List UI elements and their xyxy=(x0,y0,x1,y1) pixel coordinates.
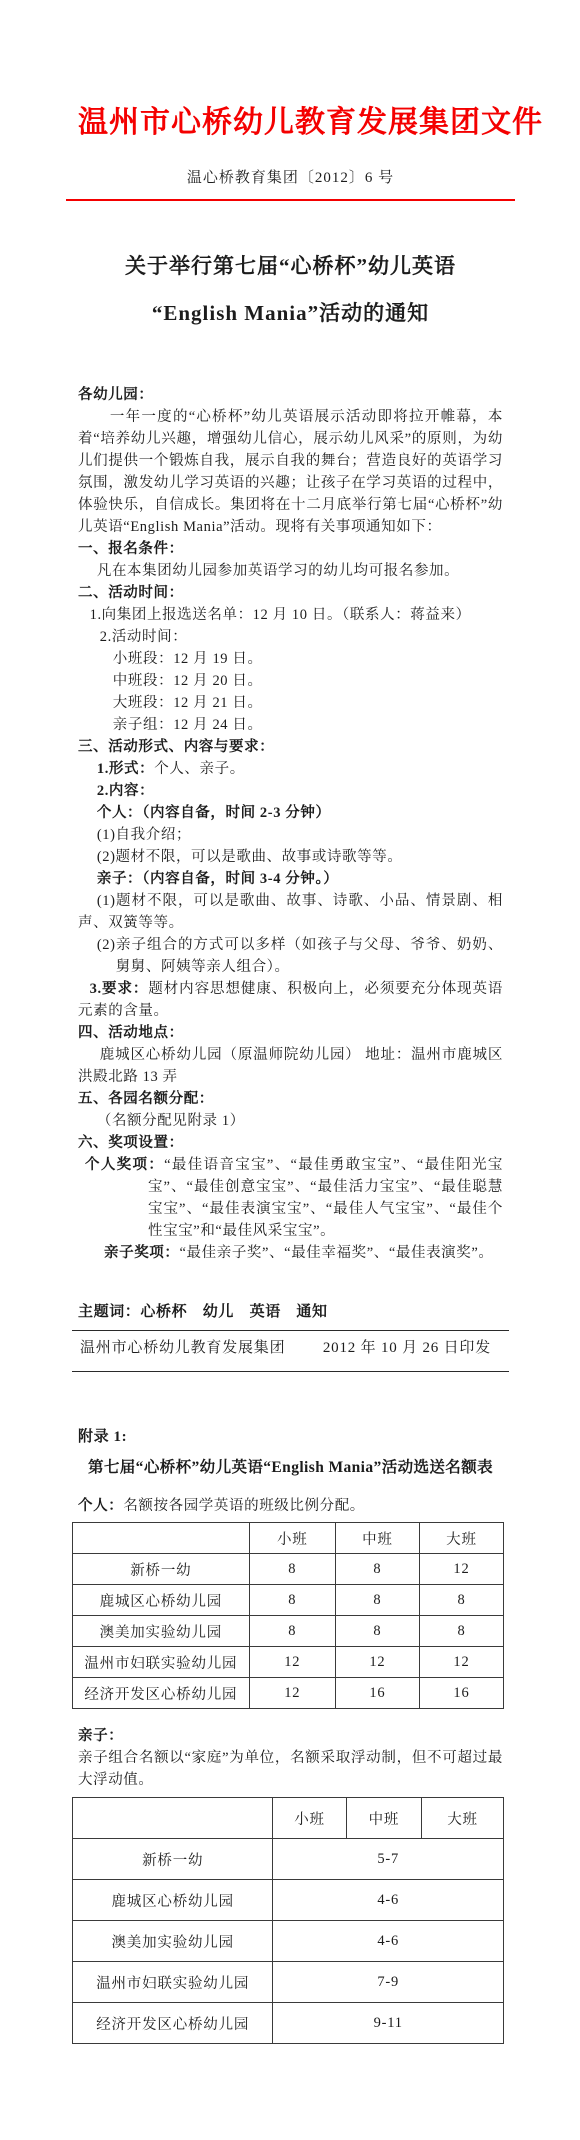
individual-awards-label: 个人奖项： xyxy=(85,1157,164,1173)
quota-cell: 12 xyxy=(419,1554,503,1585)
quota-cell: 8 xyxy=(335,1616,419,1647)
format-item: 1.形式：个人、亲子。 xyxy=(78,758,503,780)
header-cell-big-class: 大班 xyxy=(419,1523,503,1554)
quota-reference-note: （名额分配见附录 1） xyxy=(78,1110,503,1132)
family-quota-note-label-row: 亲子： xyxy=(78,1725,503,1747)
keywords-text: 心桥杯 幼儿 英语 通知 xyxy=(140,1304,327,1320)
requirement-label: 3.要求： xyxy=(90,981,149,997)
table-row: 澳美加实验幼儿园 4-6 xyxy=(73,1921,504,1962)
quota-cell: 12 xyxy=(335,1647,419,1678)
issuer-row: 温州市心桥幼儿教育发展集团 2012 年 10 月 26 日印发 xyxy=(78,1331,503,1365)
family-quota-note: 亲子组合名额以“家庭”为单位，名额采取浮动制，但不可超过最大浮动值。 xyxy=(78,1747,503,1791)
org-title: 温州市心桥幼儿教育发展集团文件 xyxy=(78,103,503,143)
kindergarten-name-cell: 鹿城区心桥幼儿园 xyxy=(73,1880,273,1921)
family-content-label: 亲子：（内容自备，时间 3-4 分钟。） xyxy=(78,868,503,890)
individual-content-item-2: (2)题材不限，可以是歌曲、故事或诗歌等等。 xyxy=(78,846,503,868)
individual-quota-table: 小班 中班 大班 新桥一幼 8 8 12 鹿城区心桥幼儿园 8 8 8 澳美加实… xyxy=(72,1522,504,1709)
kindergarten-name-cell: 澳美加实验幼儿园 xyxy=(73,1921,273,1962)
quota-cell: 8 xyxy=(249,1616,335,1647)
individual-awards: 个人奖项：“最佳语音宝宝”、“最佳勇敢宝宝”、“最佳阳光宝宝”、“最佳创意宝宝”… xyxy=(78,1154,503,1242)
quota-range-cell: 4-6 xyxy=(273,1880,504,1921)
section-2-heading: 二、活动时间： xyxy=(78,582,503,604)
notice-title-line2: “English Mania”活动的通知 xyxy=(78,298,503,328)
quota-range-cell: 5-7 xyxy=(273,1839,504,1880)
family-awards-text: “最佳亲子奖”、“最佳幸福奖”、“最佳表演奖”。 xyxy=(180,1245,494,1261)
quota-range-cell: 4-6 xyxy=(273,1921,504,1962)
schedule-big-class-date: 大班段：12 月 21 日。 xyxy=(78,692,503,714)
family-awards: 亲子奖项：“最佳亲子奖”、“最佳幸福奖”、“最佳表演奖”。 xyxy=(78,1242,503,1264)
section-1-heading: 一、报名条件： xyxy=(78,538,503,560)
header-cell-big-class: 大班 xyxy=(422,1798,504,1839)
family-quota-table: 小班 中班 大班 新桥一幼 5-7 鹿城区心桥幼儿园 4-6 澳美加实验幼儿园 … xyxy=(72,1797,504,2044)
quota-cell: 16 xyxy=(419,1678,503,1709)
header-cell-small-class: 小班 xyxy=(273,1798,346,1839)
table-row: 新桥一幼 5-7 xyxy=(73,1839,504,1880)
header-cell-middle-class: 中班 xyxy=(335,1523,419,1554)
keywords-label: 主题词： xyxy=(78,1304,140,1320)
schedule-middle-class-date: 中班段：12 月 20 日。 xyxy=(78,670,503,692)
table-row: 经济开发区心桥幼儿园 12 16 16 xyxy=(73,1678,504,1709)
quota-cell: 12 xyxy=(419,1647,503,1678)
schedule-item-1: 1.向集团上报选送名单：12 月 10 日。（联系人：蒋益来） xyxy=(78,604,503,626)
quota-range-cell: 9-11 xyxy=(273,2003,504,2044)
header-cell-middle-class: 中班 xyxy=(346,1798,421,1839)
individual-awards-text: “最佳语音宝宝”、“最佳勇敢宝宝”、“最佳阳光宝宝”、“最佳创意宝宝”、“最佳活… xyxy=(148,1157,503,1239)
section-3-heading: 三、活动形式、内容与要求： xyxy=(78,736,503,758)
quota-cell: 12 xyxy=(249,1647,335,1678)
quota-cell: 8 xyxy=(335,1554,419,1585)
keywords-row: 主题词：心桥杯 幼儿 英语 通知 xyxy=(78,1300,503,1324)
content-item-label: 2.内容： xyxy=(78,780,503,802)
table-row: 经济开发区心桥幼儿园 9-11 xyxy=(73,2003,504,2044)
individual-content-item-1: (1)自我介绍； xyxy=(78,824,503,846)
table-row: 温州市妇联实验幼儿园 12 12 12 xyxy=(73,1647,504,1678)
venue-text: 鹿城区心桥幼儿园（原温师院幼儿园） 地址：温州市鹿城区洪殿北路 13 弄 xyxy=(78,1044,503,1088)
table-row: 鹿城区心桥幼儿园 4-6 xyxy=(73,1880,504,1921)
quota-cell: 8 xyxy=(419,1616,503,1647)
kindergarten-name-cell: 经济开发区心桥幼儿园 xyxy=(73,1678,250,1709)
schedule-item-2: 2.活动时间： xyxy=(78,626,503,648)
table-row: 澳美加实验幼儿园 8 8 8 xyxy=(73,1616,504,1647)
kindergarten-name-cell: 经济开发区心桥幼儿园 xyxy=(73,2003,273,2044)
appendix-label: 附录 1: xyxy=(78,1426,503,1448)
table-header-row: 小班 中班 大班 xyxy=(73,1798,504,1839)
individual-quota-note-label: 个人： xyxy=(78,1498,123,1514)
individual-quota-note-text: 名额按各园学英语的班级比例分配。 xyxy=(123,1498,365,1514)
kindergarten-name-cell: 澳美加实验幼儿园 xyxy=(73,1616,250,1647)
letterhead: 温州市心桥幼儿教育发展集团文件 温心桥教育集团〔2012〕6 号 xyxy=(78,103,503,201)
appendix-table-title: 第七届“心桥杯”幼儿英语“English Mania”活动选送名额表 xyxy=(78,1457,503,1479)
footer-rule-bottom xyxy=(72,1371,509,1372)
intro-paragraph: 一年一度的“心桥杯”幼儿英语展示活动即将拉开帷幕，本着“培养幼儿兴趣，增强幼儿信… xyxy=(78,406,503,538)
doc-number: 温心桥教育集团〔2012〕6 号 xyxy=(78,167,503,189)
quota-cell: 8 xyxy=(419,1585,503,1616)
salutation: 各幼儿园： xyxy=(78,384,503,406)
quota-cell: 16 xyxy=(335,1678,419,1709)
kindergarten-name-cell: 新桥一幼 xyxy=(73,1839,273,1880)
format-item-label: 1.形式： xyxy=(97,761,154,777)
letterhead-rule xyxy=(66,199,515,201)
schedule-family-group-date: 亲子组：12 月 24 日。 xyxy=(78,714,503,736)
notice-body: 各幼儿园： 一年一度的“心桥杯”幼儿英语展示活动即将拉开帷幕，本着“培养幼儿兴趣… xyxy=(78,384,503,1264)
quota-cell: 8 xyxy=(335,1585,419,1616)
table-row: 鹿城区心桥幼儿园 8 8 8 xyxy=(73,1585,504,1616)
header-cell-blank xyxy=(73,1523,250,1554)
print-date: 2012 年 10 月 26 日印发 xyxy=(323,1336,491,1360)
table-row: 温州市妇联实验幼儿园 7-9 xyxy=(73,1962,504,2003)
notice-title-line1: 关于举行第七届“心桥杯”幼儿英语 xyxy=(78,251,503,281)
kindergarten-name-cell: 温州市妇联实验幼儿园 xyxy=(73,1647,250,1678)
individual-content-label: 个人：（内容自备，时间 2-3 分钟） xyxy=(78,802,503,824)
quota-cell: 8 xyxy=(249,1554,335,1585)
header-cell-blank xyxy=(73,1798,273,1839)
section-6-heading: 六、奖项设置： xyxy=(78,1132,503,1154)
requirement-item: 3.要求：题材内容思想健康、积极向上，必须要充分体现英语元素的含量。 xyxy=(78,978,503,1022)
table-row: 新桥一幼 8 8 12 xyxy=(73,1554,504,1585)
family-quota-note-label: 亲子： xyxy=(78,1728,123,1744)
family-content-item-1: (1)题材不限，可以是歌曲、故事、诗歌、小品、情景剧、相声、双簧等等。 xyxy=(78,890,503,934)
quota-cell: 8 xyxy=(249,1585,335,1616)
quota-cell: 12 xyxy=(249,1678,335,1709)
document-page: 温州市心桥幼儿教育发展集团文件 温心桥教育集团〔2012〕6 号 关于举行第七届… xyxy=(0,0,580,2140)
family-awards-label: 亲子奖项： xyxy=(104,1245,180,1261)
table-header-row: 小班 中班 大班 xyxy=(73,1523,504,1554)
family-content-item-2: (2)亲子组合的方式可以多样（如孩子与父母、爷爷、奶奶、舅舅、阿姨等亲人组合）。 xyxy=(78,934,503,978)
quota-range-cell: 7-9 xyxy=(273,1962,504,2003)
kindergarten-name-cell: 温州市妇联实验幼儿园 xyxy=(73,1962,273,2003)
header-cell-small-class: 小班 xyxy=(249,1523,335,1554)
schedule-small-class-date: 小班段：12 月 19 日。 xyxy=(78,648,503,670)
section-4-heading: 四、活动地点： xyxy=(78,1022,503,1044)
section-5-heading: 五、各园名额分配： xyxy=(78,1088,503,1110)
issuer-name: 温州市心桥幼儿教育发展集团 xyxy=(80,1336,285,1360)
section-1-text: 凡在本集团幼儿园参加英语学习的幼儿均可报名参加。 xyxy=(78,560,503,582)
kindergarten-name-cell: 新桥一幼 xyxy=(73,1554,250,1585)
individual-quota-note: 个人：名额按各园学英语的班级比例分配。 xyxy=(78,1495,503,1517)
format-item-text: 个人、亲子。 xyxy=(154,761,245,777)
kindergarten-name-cell: 鹿城区心桥幼儿园 xyxy=(73,1585,250,1616)
